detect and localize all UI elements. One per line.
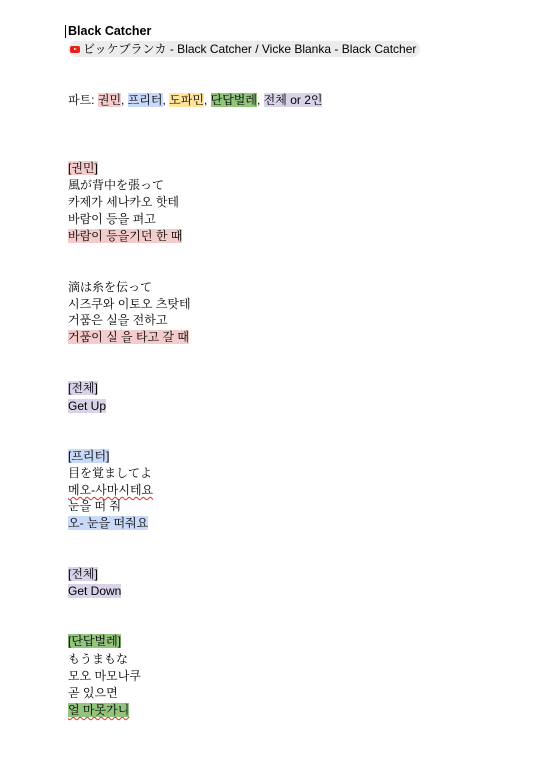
section-tag: [전체] — [68, 381, 98, 395]
section-tag: [단답벌레] — [68, 634, 121, 648]
lyric-line: 곧 있으면 — [68, 685, 118, 701]
lyric-line-highlighted: Get Down — [68, 584, 121, 598]
parts-prefix: 파트: — [68, 93, 98, 107]
part-kwonmin: 권민 — [98, 93, 121, 107]
part-dopamin: 도파민 — [169, 93, 204, 107]
document-title[interactable]: Black Catcher — [68, 23, 151, 39]
lyric-line: 눈을 떠 줘 — [68, 498, 121, 514]
lyric-line: 風が背中を張って — [68, 177, 164, 193]
lyric-line: もうまもな — [68, 651, 128, 667]
lyric-line-highlighted: 바람이 등을기던 한 때 — [68, 229, 182, 243]
parts-line: 파트: 권민, 프리터, 도파민, 단답벌레, 전체 or 2인 — [68, 92, 322, 108]
youtube-link-chip[interactable]: ビッケブランカ - Black Catcher / Vicke Blanka -… — [68, 41, 420, 57]
lyric-line: 카제가 세나카오 핫테 — [68, 194, 179, 210]
lyric-line-highlighted: 얼 마못가니 — [68, 703, 129, 717]
lyric-line: 모오 마모나쿠 — [68, 668, 141, 684]
part-all: 전체 or 2인 — [264, 93, 323, 107]
lyric-line-highlighted: 오- 눈을 떠줘요 — [68, 516, 148, 530]
part-dandap: 단답벌레 — [211, 93, 257, 107]
lyric-line: 目を覚ましてよ — [68, 465, 152, 481]
lyric-line-misspelled: 메오-사마시테요 — [68, 483, 153, 497]
lyric-line-highlighted: Get Up — [68, 399, 106, 413]
link-chip-text: ビッケブランカ - Black Catcher / Vicke Blanka -… — [83, 41, 416, 57]
section-tag: [권민] — [68, 161, 98, 175]
part-freeter: 프리터 — [128, 93, 163, 107]
section-tag: [프리터] — [68, 449, 109, 463]
lyric-line: 滴は糸を伝って — [68, 279, 152, 295]
lyric-line: 바람이 등을 펴고 — [68, 211, 156, 227]
lyric-line-highlighted: 거품이 실 을 타고 갈 때 — [68, 330, 189, 344]
youtube-icon — [70, 46, 80, 53]
text-cursor — [65, 25, 66, 38]
section-tag: [전체] — [68, 567, 98, 581]
lyric-line: 시즈쿠와 이토오 츠탓테 — [68, 296, 191, 312]
lyric-line: 거품은 실을 전하고 — [68, 312, 167, 328]
